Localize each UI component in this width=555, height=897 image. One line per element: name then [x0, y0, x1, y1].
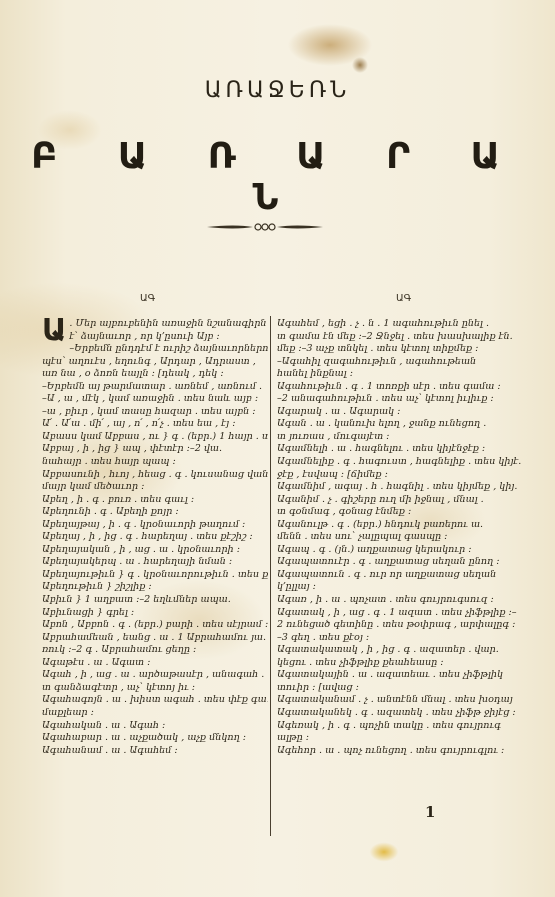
entry-line: կ՚ըլլայ ։: [277, 581, 525, 594]
entry-line: Աբասս կամ Աբբաս , ու } գ . (եբր.) 1 հայր…: [42, 431, 268, 444]
entry-line: Ագատականամ . չ . անտէնն մնալ . տես խօդայ: [277, 694, 525, 707]
left-column: Ա . Մեր այբուբենին առաջին նշանագիրն է՝ ձ…: [42, 318, 268, 757]
entry-line: տ գամա էն մեք ։–2 Ջնջել . տես խասխալիք է…: [277, 331, 525, 344]
entry-line: Ագահանամ . ա . Ագահեմ ։: [42, 745, 268, 758]
entry-line: –ա , բիւր , կամ տասը հազար . տես այբն ։: [42, 406, 268, 419]
entry-line: Աբբայ , ի , ից } ապ , փէտէր ։–2 վա.: [42, 443, 268, 456]
entry-line: կեցու . տես չիֆթլիք քեահեասը ։: [277, 657, 525, 670]
entry-line: Ագամնելի . ա . հագնելու . տես կիյէնջէք ։: [277, 443, 525, 456]
entry-line: Ագապատուէր . գ . աղքատաց սեղան ընող ։: [277, 556, 525, 569]
entry-line: տ յուռաս , մուգայէտ ։: [277, 431, 525, 444]
entry-line: Ագատակային . ա . ազատեաւ . տես չիֆթլիկ: [277, 669, 525, 682]
ornament-divider: [205, 222, 325, 232]
entry-line: –Երբեմն ընդդէմ է ուրիշ ձայնաւորներու. ին…: [69, 343, 268, 356]
entry-line: –2 անագահութիւն . տես աչ՝ կէտոլ իւլիւք ։: [277, 393, 525, 406]
entry-line: Ագահական . ա . Ագահ ։: [42, 720, 268, 733]
entry-line: տ գանձագէտր , աչ՝ կէտոյ իւ ։: [42, 682, 268, 695]
entry-line: Ա՛ . Ա՛ա . մի՛ , այ , ո՛ , ո՛չ . տես եա …: [42, 418, 268, 431]
entry-line: մաքլեար ։: [42, 707, 268, 720]
entry-line: ռուկ ։–2 գ . Աբրահամու ցեղը ։: [42, 644, 268, 657]
entry-line: Աբեղութիւն } շիշլիք ։: [42, 581, 268, 594]
left-column-heading: ԱԳ: [140, 293, 155, 304]
entry-line: Ագատակ , ի , աց . գ . 1 ազատ . տես չիֆթլ…: [277, 607, 525, 620]
entry-line: Ագարակ . ա . Ագարակ ։: [277, 406, 525, 419]
entry-line: Ագատակատակ , ի , ից . գ . ազատեր . վար.: [277, 644, 525, 657]
entry-line: Աբեղայ , ի , ից . գ . հարեղայ . տես քէշի…: [42, 531, 268, 544]
entry-line: է՝ ձայնաւոր , որ կ՚ըսուի Այբ ։: [69, 331, 268, 344]
entry-line: տուիր ։ [ավաց ։: [277, 682, 525, 695]
entry-line: Աբեղայթայ , ի . գ . կրօնաւորի թաղում ։: [42, 519, 268, 532]
drop-cap: Ա: [42, 318, 66, 344]
entry-line: ջէք , էսվապ ։ [ճիմեք ։: [277, 469, 525, 482]
entry-line: Աբբասունի , հւոյ , հեաց . գ . կուսանաց վ…: [42, 469, 268, 482]
entry-line: –3 գեղ . տես քէօյ ։: [277, 632, 525, 645]
entry-line: Ագանուլթ . գ . (եբր.) հնդուկ բառերու ա.: [277, 519, 525, 532]
entry-line: Ագաթէս . ա . Ագատ ։: [42, 657, 268, 670]
entry-line: Ագահաբար . ա . աչքածակ , աչք մնկող ։: [42, 732, 268, 745]
entry-line: մայր կամ մեծաւոր ։: [42, 481, 268, 494]
entry-line: Աբեղայական , ի , աց . ա . կրօնաւորի ։: [42, 544, 268, 557]
entry-line: ալթը ։: [277, 732, 525, 745]
entry-line: մենն . տես սու՝ չալըպալ գասպը ։: [277, 531, 525, 544]
column-divider: [270, 316, 271, 836]
entry-line: Ագանիմ . չ . գիշերը ուղ մի իջնալ , մնալ …: [277, 494, 525, 507]
entry-line: Աբեղունի . գ . Աբեղի քոյր ։: [42, 506, 268, 519]
entry-line: –Ա , ա , մէկ , կամ առաջին . տես նաև այբ …: [42, 393, 268, 406]
entry-line: հանել ինքնալ ։: [277, 368, 525, 381]
entry-line: Աբեղայութիւն } գ . կրօնաւորութիւն . տես …: [42, 569, 268, 582]
page-subtitle: ԱՌԱՋԵՌՆ: [0, 78, 555, 103]
entry-line: առ նա , օ ձոռն եայլն ։ [դեակ , դեկ ։: [42, 368, 268, 381]
entry-line: Ագառ , ի . ա . պոչատ . տես գույրուգսուզ …: [277, 594, 525, 607]
entry-line: Ագեռակ , ի . գ . պոչին տակը . տես գույրո…: [277, 720, 525, 733]
entry-line: Ագահութիւն . գ . 1 տոռքի սէր . տես գամա …: [277, 381, 525, 394]
entry-line: Աբեղ , ի . գ . բուռ . տես գաւլ ։: [42, 494, 268, 507]
entry-line: –Երբեմն այ թարմատար . առնեմ , առնում .: [42, 381, 268, 394]
right-column-heading: ԱԳ: [396, 293, 411, 304]
entry-line: Աբրահամեան , եանց . ա . 1 Աբրահամու յա.: [42, 632, 268, 645]
entry-line: –Ագահիլ զագահութիւն , ագահութեան: [277, 356, 525, 369]
entry-line: Աբիւն } 1 աղբատ ։–2 եղևմներ ապա.: [42, 594, 268, 607]
entry-line: 2 ունեցած գետինը . տես թօփրագ , արփալըգ …: [277, 619, 525, 632]
entry-line: Ագահագոյն . ա . խիստ ագահ . տես փէք գա.: [42, 694, 268, 707]
entry-line: Աբիւնացի } գրել ։: [42, 607, 268, 620]
right-column: Ագահեմ , եցի . չ . ն . 1 ագահութիւն ընել…: [277, 318, 525, 757]
entry-line: տ գօնմագ , գօնաց էնմեք ։: [277, 506, 525, 519]
entry-line: Ագատականեկ . գ . ազատեկ . տես չիֆթ ջիյէց…: [277, 707, 525, 720]
entry-line: նահայր . տես հայր պապ ։: [42, 456, 268, 469]
entry-line: Ագեհոր . ա . պոչ ունեցող . տես գույրուգլ…: [277, 745, 525, 758]
entry-line: Ագամնելիք . գ . հագուստ , հագնելիք . տես…: [277, 456, 525, 469]
entry-line: Ագապատուն . գ . ուր որ աղքատաց սեղան: [277, 569, 525, 582]
entry-line: Ագապ . գ . (յն.) աղքատաց կերակուր ։: [277, 544, 525, 557]
entry-line: մեք ։–3 աչք տնկել . տես կէտոլ տիքմեք ։: [277, 343, 525, 356]
page-title: Բ Ա Ռ Ա Ր Ա Ն: [0, 136, 555, 218]
entry-line: Ագահ , ի , աց . ա . արծաթասէր , անագահ .: [42, 669, 268, 682]
entry-line: Ագան . ա . կանուխ ելող , ջանք ունեցող .: [277, 418, 525, 431]
entry-line: Աբոն , Աբբոն . գ . (եբր.) բարի . տես սէյ…: [42, 619, 268, 632]
entry-line: Ագահեմ , եցի . չ . ն . 1 ագահութիւն ընել…: [277, 318, 525, 331]
entry-line: Աբեղայակերպ . ա . հարեղայի նման ։: [42, 556, 268, 569]
page-number: 1: [425, 803, 435, 821]
scanned-page: ԱՌԱՋԵՌՆ Բ Ա Ռ Ա Ր Ա Ն ԱԳ ԱԳ Ա . Մեր այբո…: [0, 0, 555, 897]
entry-line: Ագամնիմ , ագայ . հ . հագնիլ . տես կիյմեք…: [277, 481, 525, 494]
entry-line: . Մեր այբուբենին առաջին նշանագիրն: [69, 318, 268, 331]
entry-line: պէս՝ աղուէս , եղունգ , Արդար , Ադրաստ ,: [42, 356, 268, 369]
